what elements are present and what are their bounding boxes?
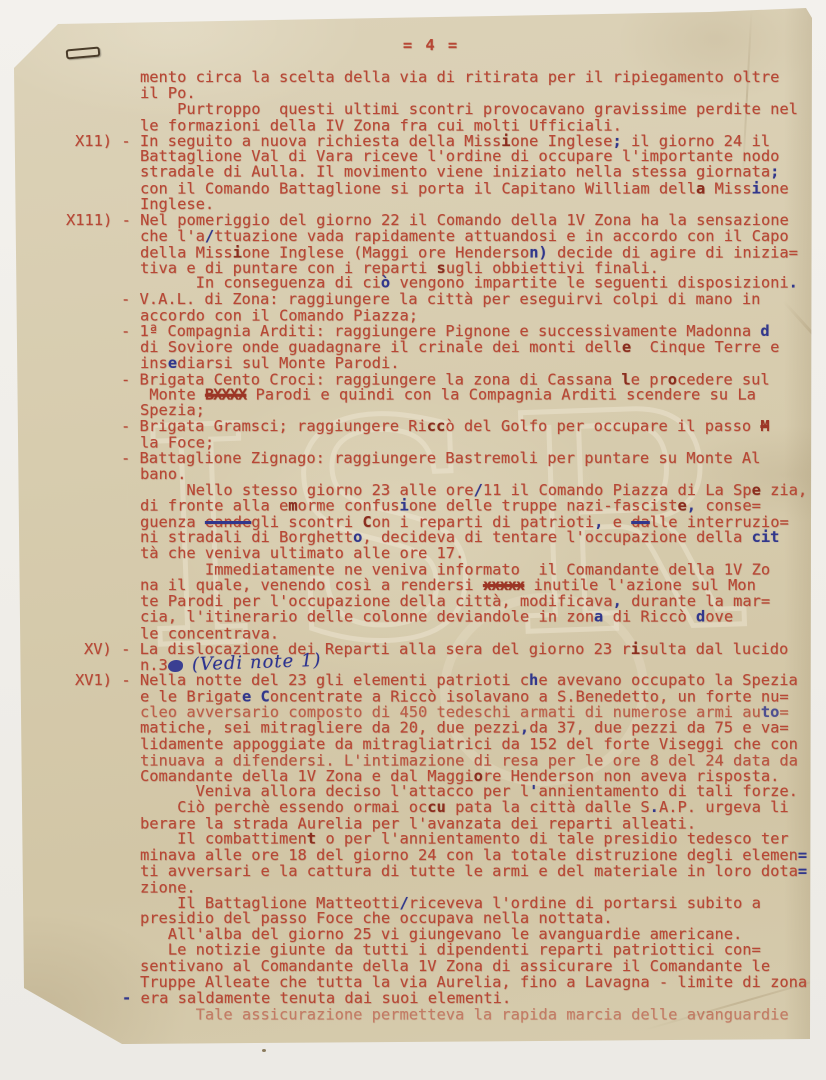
overstruck-text: t (307, 830, 316, 848)
text-line: con il Comando Battaglione si porta il C… (140, 182, 812, 198)
text-line: matiche, sei mitragliere da 20, due pezz… (140, 721, 812, 737)
blue-ink-mark: n) (529, 243, 548, 261)
blue-ink-mark: a (594, 607, 603, 625)
overstruck-text: m (288, 496, 297, 514)
struck-out-text: M (760, 417, 768, 435)
blue-ink-mark: - (122, 989, 131, 1007)
handwritten-note: (Vedi note 1) (192, 653, 322, 673)
overstruck-text: i (631, 640, 640, 658)
text-line: Monte BXXXX Parodi e quindi con la Compa… (140, 387, 812, 403)
text-line: zione. (140, 880, 812, 896)
text-line: tinuava a difendersi. L'intimazione di r… (140, 753, 812, 769)
blue-ink-mark: cit (752, 528, 780, 546)
text-line: cia, l'itinerario delle colonne deviando… (140, 609, 812, 625)
paper-speck (262, 1049, 266, 1052)
blue-ink-mark: ; (770, 163, 779, 181)
text-line: della Missione Inglese (Maggi ore Hender… (140, 245, 812, 261)
typewritten-text: mento circa la scelta della via di ritir… (10, 70, 812, 1023)
text-line: Immediatamente ne veniva informato il Co… (140, 563, 812, 579)
text-line: Tale assicurazione permetteva la rapida … (140, 1007, 812, 1023)
text-line: la Foce; (140, 436, 812, 452)
blue-ink-mark: ò (381, 274, 390, 292)
page-number: = 4 = (10, 36, 812, 54)
overstruck-text: cc (427, 417, 446, 435)
overstruck-text: a (696, 180, 705, 198)
text-line: mento circa la scelta della via di ritir… (140, 70, 812, 86)
blue-ink-mark: i (399, 496, 408, 514)
overstruck-text: i (233, 243, 242, 261)
text-line: le formazioni della IV Zona fra cui molt… (140, 118, 812, 134)
text-line: In conseguenza di ciò vengono impartite … (140, 276, 812, 292)
text-line: Il combattiment o per l'annientamento di… (140, 832, 812, 848)
text-line: - Brigata Gramsci; raggiungere Riccò del… (121, 419, 812, 435)
blue-ink-mark: = (798, 862, 807, 880)
blue-ink-mark: i (752, 180, 761, 198)
text-line: - Battaglione Zignago: raggiungere Bastr… (121, 451, 812, 467)
document-page: ISR = 4 = mento circa la scelta della vi… (10, 8, 812, 1045)
scan-background: ISR = 4 = mento circa la scelta della vi… (0, 0, 826, 1080)
blue-ink-mark: , (520, 719, 529, 737)
blue-ink-mark: , (687, 496, 696, 514)
text-line: accordo con il Comando Piazza; (140, 309, 812, 325)
struck-out-text: BXXXX (205, 385, 246, 403)
text-line: stradale di Aulla. Il movimento viene in… (140, 165, 812, 181)
text-line: le concentrava. (140, 626, 812, 642)
text-line: ti avversari e la cattura di tutte le ar… (140, 864, 812, 880)
overstruck-text: e (622, 338, 631, 356)
text-line: di fronte alla emorme confusione delle t… (140, 498, 812, 514)
text-line: Le notizie giunte da tutti i dipendenti … (140, 943, 812, 959)
overstruck-text: e (677, 496, 686, 514)
blue-ink-mark: . (789, 274, 798, 292)
blue-ink-mark: d (696, 607, 705, 625)
